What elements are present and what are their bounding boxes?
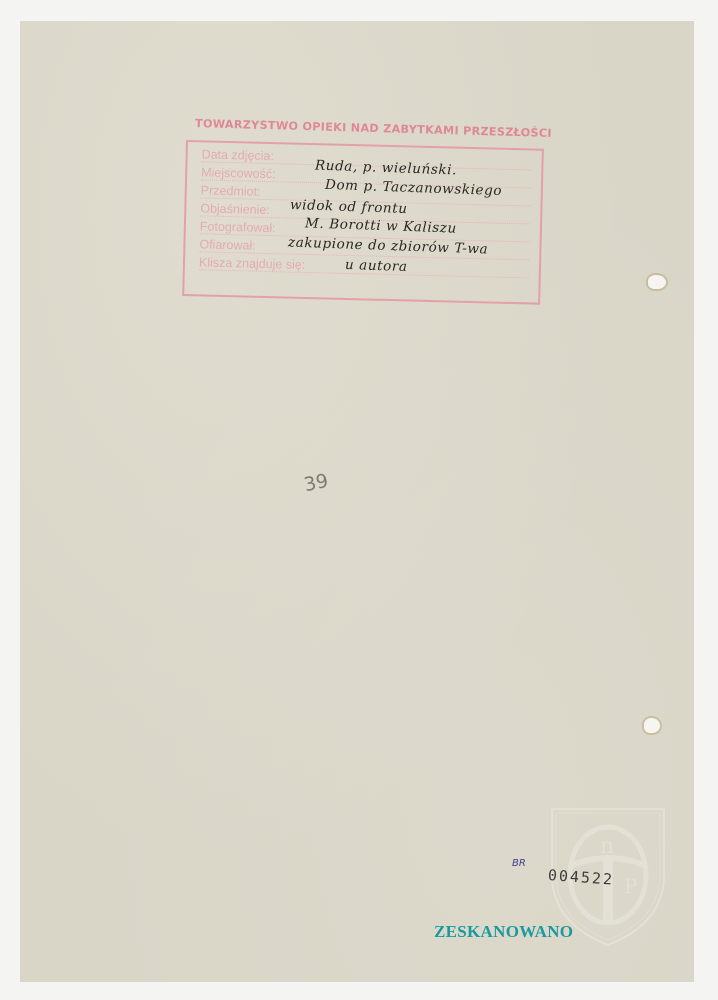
stamp-label: Data zdjęcia: (201, 147, 274, 163)
paper-damage-hole (644, 718, 660, 733)
stamp-label: Klisza znajduje się: (199, 255, 306, 272)
stamp-label: Objaśnienie: (200, 201, 270, 217)
scanned-stamp: ZESKANOWANO (434, 922, 573, 942)
catalog-prefix: BR (512, 858, 526, 869)
svg-text:P: P (624, 874, 637, 898)
stamp-label: Fotografował: (200, 219, 276, 235)
svg-text:n: n (600, 834, 614, 859)
stamp-label: Ofiarował: (199, 237, 256, 252)
stamp-label: Przedmiot: (201, 183, 261, 198)
paper-damage-hole (648, 275, 666, 289)
handwritten-negative-location: u autora (345, 257, 408, 275)
stamp-label: Miejscowość: (201, 165, 276, 181)
